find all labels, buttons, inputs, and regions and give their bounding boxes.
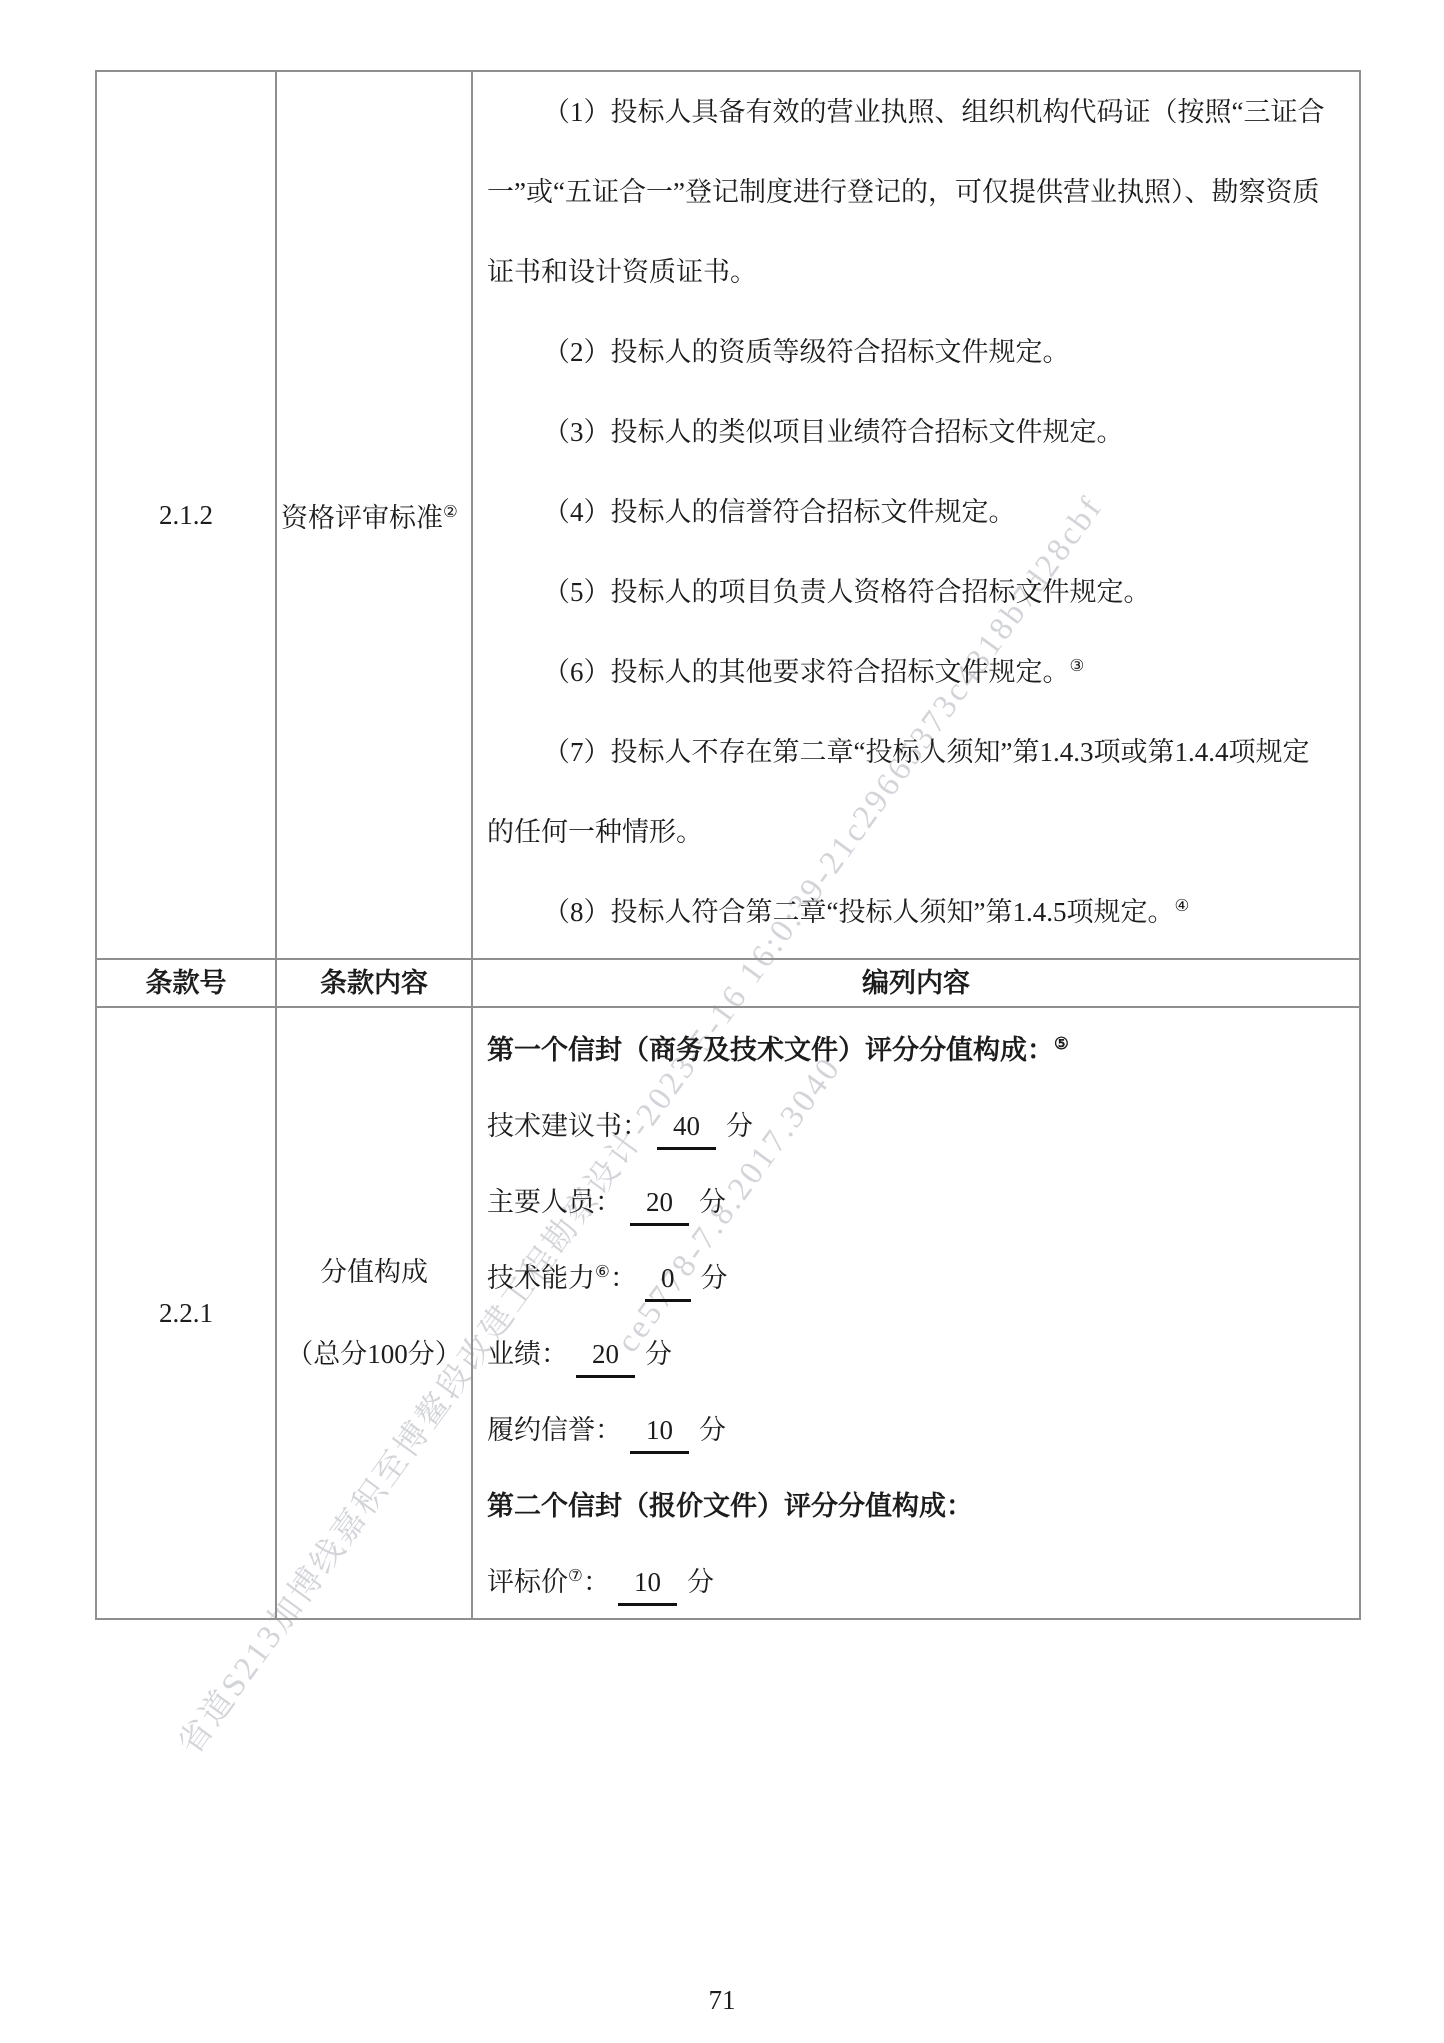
clause-name-line2: （总分100分） <box>286 1337 462 1371</box>
criteria-item: （7）投标人不存在第二章“投标人须知”第1.4.3项或第1.4.4项规定 <box>487 712 1345 792</box>
criteria-item: （4）投标人的信誉符合招标文件规定。 <box>487 472 1345 552</box>
clause-number-cell: 2.1.2 <box>97 72 277 958</box>
criteria-item: （5）投标人的项目负责人资格符合招标文件规定。 <box>487 552 1345 632</box>
clause-number: 2.2.1 <box>159 1298 213 1329</box>
score-line-technical-ability: 技术能力⑥：0分 <box>487 1240 1345 1316</box>
envelope1-heading: 第一个信封（商务及技术文件）评分分值构成：⑤ <box>487 1012 1345 1088</box>
footnote-marker-5: ⑤ <box>1054 1034 1069 1053</box>
criteria-item-cont: 的任何一种情形。 <box>487 792 1345 872</box>
score-line-credit: 履约信誉：10分 <box>487 1392 1345 1468</box>
criteria-item: （2）投标人的资质等级符合招标文件规定。 <box>487 312 1345 392</box>
clause-content-cell: 分值构成 （总分100分） <box>277 1008 473 1618</box>
clause-name-line1: 分值构成 <box>320 1255 428 1289</box>
score-line-evaluated-price: 评标价⑦：10分 <box>487 1544 1345 1620</box>
footnote-marker-6: ⑥ <box>595 1262 610 1281</box>
clause-content-cell: 资格评审标准② <box>277 72 473 958</box>
score-line-key-personnel: 主要人员：20分 <box>487 1164 1345 1240</box>
score-value: 20 <box>630 1189 689 1226</box>
score-line-performance: 业绩：20分 <box>487 1316 1345 1392</box>
footnote-marker-7: ⑦ <box>568 1566 583 1585</box>
header-compiled-content: 编列内容 <box>473 960 1359 1006</box>
table-row-qualification-criteria: 2.1.2 资格评审标准② （1）投标人具备有效的营业执照、组织机构代码证（按照… <box>97 72 1359 958</box>
score-value: 10 <box>618 1569 677 1606</box>
criteria-item: （3）投标人的类似项目业绩符合招标文件规定。 <box>487 392 1345 472</box>
header-clause-number: 条款号 <box>97 960 277 1006</box>
score-value: 0 <box>645 1265 691 1302</box>
score-value: 20 <box>576 1341 635 1378</box>
document-page: 省道S213加博线嘉积至博鳌段改建工程勘察设计-2023-5-16 16:0:3… <box>0 0 1444 2043</box>
footnote-marker-4: ④ <box>1174 896 1189 915</box>
compiled-content-cell: （1）投标人具备有效的营业执照、组织机构代码证（按照“三证合 一”或“五证合一”… <box>473 72 1359 958</box>
criteria-item: （8）投标人符合第二章“投标人须知”第1.4.5项规定。④ <box>487 872 1345 952</box>
criteria-item: （1）投标人具备有效的营业执照、组织机构代码证（按照“三证合 <box>487 72 1345 152</box>
envelope2-heading: 第二个信封（报价文件）评分分值构成： <box>487 1468 1345 1544</box>
page-number: 71 <box>0 1985 1444 2016</box>
criteria-item: （6）投标人的其他要求符合招标文件规定。③ <box>487 632 1345 712</box>
footnote-marker-3: ③ <box>1070 656 1085 675</box>
clause-number-cell: 2.2.1 <box>97 1008 277 1618</box>
tender-clause-table: 2.1.2 资格评审标准② （1）投标人具备有效的营业执照、组织机构代码证（按照… <box>95 70 1361 1620</box>
header-clause-content: 条款内容 <box>277 960 473 1006</box>
score-line-technical-proposal: 技术建议书：40分 <box>487 1088 1345 1164</box>
score-value: 40 <box>657 1113 716 1150</box>
compiled-content-cell: 第一个信封（商务及技术文件）评分分值构成：⑤ 技术建议书：40分 主要人员：20… <box>473 1008 1359 1618</box>
clause-number: 2.1.2 <box>159 500 213 531</box>
score-value: 10 <box>630 1417 689 1454</box>
footnote-marker-2: ② <box>443 502 458 521</box>
criteria-item-cont: 证书和设计资质证书。 <box>487 232 1345 312</box>
table-header-row: 条款号 条款内容 编列内容 <box>97 958 1359 1006</box>
criteria-item-cont: 一”或“五证合一”登记制度进行登记的，可仅提供营业执照）、勘察资质 <box>487 152 1345 232</box>
clause-name: 资格评审标准② <box>281 496 458 535</box>
table-row-score-composition: 2.2.1 分值构成 （总分100分） 第一个信封（商务及技术文件）评分分值构成… <box>97 1006 1359 1618</box>
